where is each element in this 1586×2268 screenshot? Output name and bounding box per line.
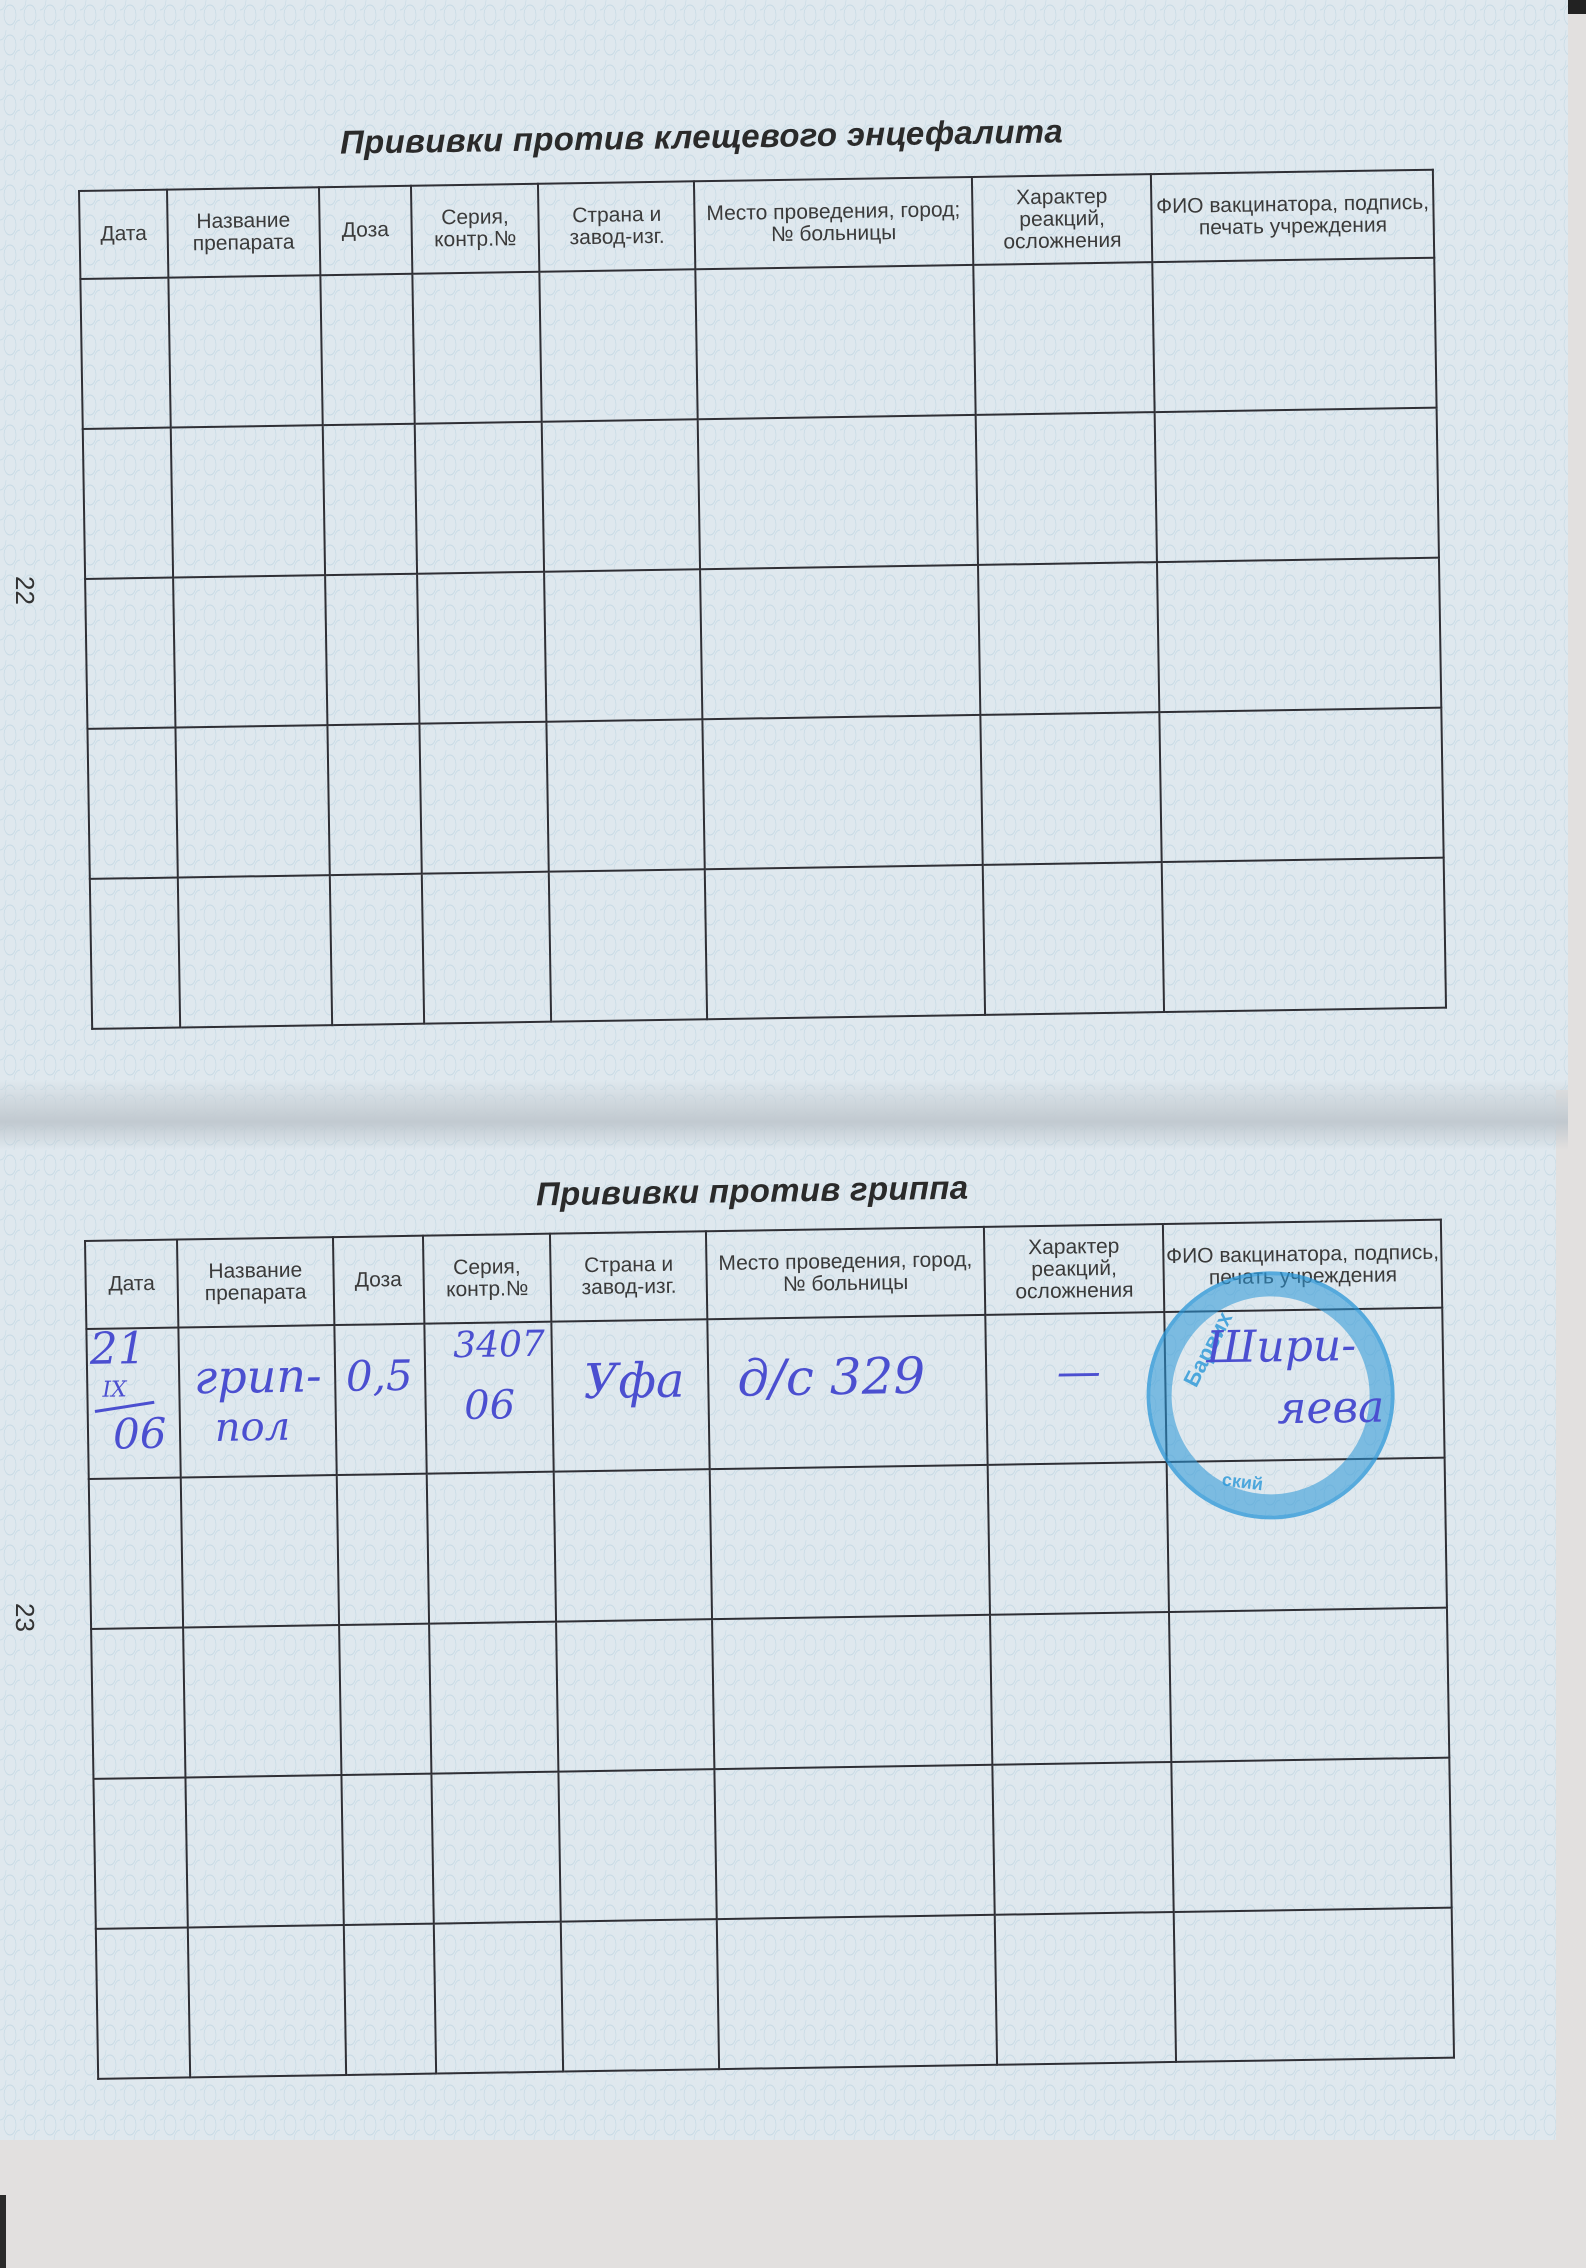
cell-signature[interactable] bbox=[1155, 408, 1439, 562]
cell-reactions[interactable] bbox=[975, 412, 1157, 565]
cell-reactions[interactable] bbox=[990, 1612, 1172, 1765]
cell-drug[interactable] bbox=[171, 425, 325, 577]
cell-dose[interactable] bbox=[339, 1624, 431, 1775]
cell-series[interactable] bbox=[419, 722, 549, 874]
cell-place[interactable] bbox=[700, 565, 980, 719]
handwritten-month: IX bbox=[102, 1379, 127, 1401]
cell-manufacturer[interactable] bbox=[561, 1919, 719, 2071]
cell-dose[interactable] bbox=[322, 424, 416, 575]
cell-manufacturer[interactable] bbox=[547, 719, 705, 871]
cell-dose[interactable] bbox=[320, 274, 414, 425]
cell-place[interactable] bbox=[698, 415, 978, 569]
cell-drug[interactable] bbox=[181, 1475, 339, 1627]
cell-reactions[interactable] bbox=[992, 1762, 1174, 1915]
cell-date[interactable] bbox=[91, 1627, 185, 1778]
column-header-date: Дата bbox=[79, 190, 168, 279]
cell-date[interactable] bbox=[80, 278, 170, 429]
cell-drug[interactable]: грип- пол bbox=[178, 1325, 336, 1477]
scan-edge-mark bbox=[1566, 0, 1586, 14]
cell-signature[interactable] bbox=[1169, 1608, 1449, 1762]
cell-reactions[interactable]: — bbox=[985, 1312, 1167, 1465]
cell-dose[interactable]: 0,5 bbox=[334, 1324, 426, 1475]
cell-date[interactable]: 21 IX 06 bbox=[86, 1328, 180, 1479]
column-header-date: Дата bbox=[85, 1240, 178, 1329]
cell-date[interactable] bbox=[96, 1927, 190, 2078]
cell-dose[interactable] bbox=[343, 1924, 435, 2075]
cell-signature[interactable] bbox=[1153, 258, 1437, 412]
cell-series[interactable] bbox=[429, 1622, 559, 1774]
column-header-series: Серия, контр.№ bbox=[411, 184, 540, 274]
handwritten-day: 21 bbox=[89, 1327, 146, 1372]
cell-place[interactable] bbox=[710, 1465, 990, 1619]
cell-place[interactable] bbox=[703, 715, 983, 869]
cell-series[interactable]: 3407 06 bbox=[424, 1322, 554, 1474]
handwritten-dose: 0,5 bbox=[346, 1355, 413, 1398]
handwritten-place: д/с 329 bbox=[737, 1351, 926, 1404]
cell-drug[interactable] bbox=[173, 575, 327, 727]
handwritten-series-line2: 06 bbox=[464, 1385, 516, 1426]
cell-manufacturer[interactable] bbox=[549, 869, 707, 1021]
table-row-filled: 21 IX 06 грип- пол 0,5 3407 06 Уфа д/с 3… bbox=[86, 1308, 1444, 1479]
table-row bbox=[96, 1908, 1454, 2079]
cell-drug[interactable] bbox=[185, 1775, 343, 1927]
column-header-reactions: Характер реакций, осложнения bbox=[984, 1224, 1165, 1315]
cell-reactions[interactable] bbox=[973, 262, 1155, 415]
cell-signature[interactable] bbox=[1167, 1458, 1447, 1612]
cell-dose[interactable] bbox=[341, 1774, 433, 1925]
handwritten-signature-line2: яева bbox=[1277, 1386, 1385, 1432]
cell-manufacturer[interactable] bbox=[559, 1769, 717, 1921]
table-row bbox=[93, 1758, 1451, 1929]
cell-manufacturer[interactable] bbox=[540, 269, 698, 421]
cell-signature[interactable] bbox=[1157, 558, 1441, 712]
table-row bbox=[89, 1458, 1447, 1629]
cell-signature[interactable] bbox=[1160, 708, 1444, 862]
handwritten-signature-line1: Шири- bbox=[1206, 1324, 1357, 1370]
cell-signature[interactable] bbox=[1162, 858, 1446, 1012]
section-title-tick-encephalitis: Прививки против клещевого энцефалита bbox=[340, 112, 1064, 161]
cell-drug[interactable] bbox=[188, 1925, 346, 2077]
handwritten-drug-line1: грип- bbox=[194, 1352, 322, 1400]
book-fold-shadow bbox=[0, 1080, 1568, 1150]
scan-edge-shadow bbox=[0, 2195, 6, 2268]
influenza-table: Дата Название препарата Доза Серия, конт… bbox=[84, 1219, 1455, 2080]
handwritten-reactions: — bbox=[1056, 1350, 1101, 1395]
cell-reactions[interactable] bbox=[982, 862, 1164, 1015]
handwritten-series-line1: 3407 bbox=[453, 1327, 545, 1364]
cell-date[interactable] bbox=[90, 878, 180, 1029]
cell-drug[interactable] bbox=[175, 725, 329, 877]
page-number: 22 bbox=[9, 576, 40, 605]
column-header-reactions: Характер реакций, осложнения bbox=[972, 174, 1153, 265]
cell-series[interactable] bbox=[414, 422, 544, 574]
column-header-series: Серия, контр.№ bbox=[423, 1234, 552, 1324]
cell-series[interactable] bbox=[426, 1472, 556, 1624]
cell-date[interactable] bbox=[85, 578, 175, 729]
handwritten-manufacturer: Уфа bbox=[583, 1357, 685, 1407]
column-header-manufacturer: Страна и завод-изг. bbox=[550, 1231, 707, 1321]
page-22: 22 Прививки против клещевого энцефалита … bbox=[0, 0, 1568, 1090]
column-header-manufacturer: Страна и завод-изг. bbox=[538, 181, 695, 271]
column-header-dose: Доза bbox=[319, 186, 412, 275]
cell-dose[interactable] bbox=[330, 874, 424, 1025]
table-row bbox=[87, 708, 1443, 879]
cell-manufacturer[interactable] bbox=[542, 419, 700, 571]
cell-dose[interactable] bbox=[336, 1474, 428, 1625]
cell-reactions[interactable] bbox=[978, 562, 1160, 715]
handwritten-drug-line2: пол bbox=[215, 1407, 291, 1448]
cell-date[interactable] bbox=[83, 428, 173, 579]
cell-drug[interactable] bbox=[178, 875, 332, 1027]
table-row bbox=[91, 1608, 1449, 1779]
cell-reactions[interactable] bbox=[994, 1912, 1176, 2065]
cell-signature[interactable]: Барвих ский Шири- яева bbox=[1165, 1308, 1445, 1462]
cell-series[interactable] bbox=[421, 872, 551, 1024]
column-header-dose: Доза bbox=[333, 1236, 424, 1325]
column-header-place: Место проведения, город, № больницы bbox=[706, 1227, 985, 1319]
handwritten-year: 06 bbox=[113, 1413, 167, 1456]
table-row bbox=[83, 408, 1439, 579]
cell-date[interactable] bbox=[93, 1777, 187, 1928]
cell-manufacturer[interactable]: Уфа bbox=[552, 1319, 710, 1471]
cell-place[interactable] bbox=[717, 1915, 997, 2069]
cell-series[interactable] bbox=[433, 1922, 563, 2074]
cell-drug[interactable] bbox=[168, 275, 322, 427]
table-row bbox=[80, 258, 1436, 429]
cell-date[interactable] bbox=[89, 1478, 183, 1629]
cell-place[interactable]: д/с 329 bbox=[707, 1315, 987, 1469]
cell-drug[interactable] bbox=[183, 1625, 341, 1777]
cell-series[interactable] bbox=[417, 572, 547, 724]
cell-place[interactable] bbox=[695, 265, 975, 419]
cell-series[interactable] bbox=[431, 1772, 561, 1924]
table-row bbox=[85, 558, 1441, 729]
cell-series[interactable] bbox=[412, 272, 542, 424]
cell-place[interactable] bbox=[705, 865, 985, 1019]
section-title-influenza: Прививки против гриппа bbox=[536, 1169, 969, 1214]
cell-place[interactable] bbox=[714, 1765, 994, 1919]
cell-reactions[interactable] bbox=[987, 1462, 1169, 1615]
page-number: 23 bbox=[9, 1603, 40, 1632]
column-header-signature: ФИО вакцинатора, подпись, печать учрежде… bbox=[1151, 170, 1434, 262]
cell-place[interactable] bbox=[712, 1615, 992, 1769]
cell-manufacturer[interactable] bbox=[554, 1469, 712, 1621]
cell-manufacturer[interactable] bbox=[544, 569, 702, 721]
tick-encephalitis-table: Дата Название препарата Доза Серия, конт… bbox=[78, 169, 1447, 1030]
cell-manufacturer[interactable] bbox=[556, 1619, 714, 1771]
column-header-drug: Название препарата bbox=[177, 1237, 334, 1327]
cell-date[interactable] bbox=[87, 728, 177, 879]
cell-signature[interactable] bbox=[1172, 1758, 1452, 1912]
cell-dose[interactable] bbox=[325, 574, 419, 725]
table-row bbox=[90, 858, 1446, 1029]
cell-dose[interactable] bbox=[327, 724, 421, 875]
cell-signature[interactable] bbox=[1174, 1908, 1454, 2062]
column-header-place: Место проведения, город; № больницы bbox=[694, 177, 973, 269]
column-header-drug: Название препарата bbox=[167, 187, 320, 277]
cell-reactions[interactable] bbox=[980, 712, 1162, 865]
